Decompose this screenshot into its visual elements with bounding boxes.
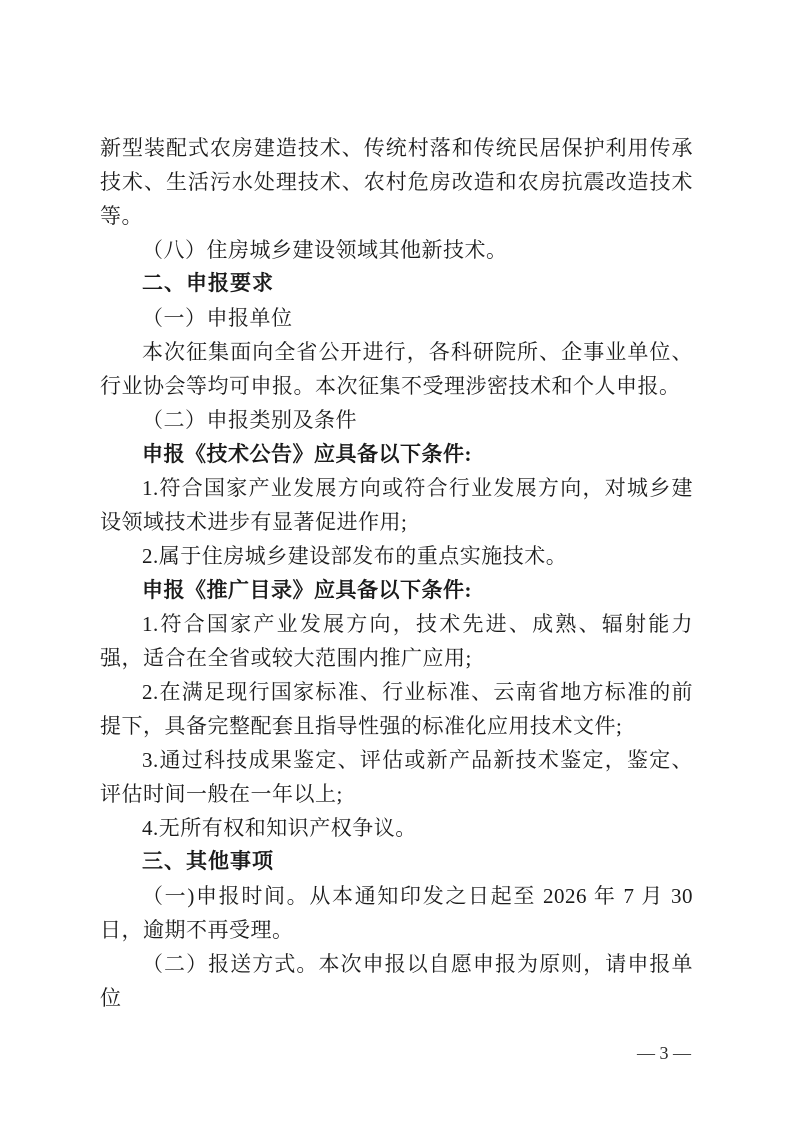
- para-announcement-condition-1: 1.符合国家产业发展方向或符合行业发展方向，对城乡建设领域技术进步有显著促进作用…: [100, 471, 693, 539]
- heading-promotion-catalog-conditions: 申报《推广目录》应具备以下条件:: [100, 573, 693, 607]
- para-submission-method: （二）报送方式。本次申报以自愿申报为原则，请申报单位: [100, 947, 693, 1015]
- heading-section-2-application-requirements: 二、申报要求: [100, 267, 693, 301]
- para-item-8-other-new-tech: （八）住房城乡建设领域其他新技术。: [100, 233, 693, 267]
- subheading-2-2-categories-and-conditions: （二）申报类别及条件: [100, 403, 693, 437]
- para-catalog-condition-4: 4.无所有权和知识产权争议。: [100, 811, 693, 845]
- para-catalog-condition-1: 1.符合国家产业发展方向，技术先进、成熟、辐射能力强，适合在全省或较大范围内推广…: [100, 607, 693, 675]
- page-number: — 3 —: [637, 1042, 691, 1064]
- para-application-units-detail: 本次征集面向全省公开进行，各科研院所、企事业单位、行业协会等均可申报。本次征集不…: [100, 335, 693, 403]
- para-catalog-condition-2: 2.在满足现行国家标准、行业标准、云南省地方标准的前提下，具备完整配套且指导性强…: [100, 675, 693, 743]
- para-announcement-condition-2: 2.属于住房城乡建设部发布的重点实施技术。: [100, 539, 693, 573]
- document-page: 新型装配式农房建造技术、传统村落和传统民居保护利用传承技术、生活污水处理技术、农…: [0, 0, 793, 1122]
- document-body: 新型装配式农房建造技术、传统村落和传统民居保护利用传承技术、生活污水处理技术、农…: [100, 131, 693, 1015]
- para-catalog-condition-3: 3.通过科技成果鉴定、评估或新产品新技术鉴定，鉴定、评估时间一般在一年以上;: [100, 743, 693, 811]
- heading-tech-announcement-conditions: 申报《技术公告》应具备以下条件:: [100, 437, 693, 471]
- heading-section-3-other-matters: 三、其他事项: [100, 845, 693, 879]
- para-application-time: （一)申报时间。从本通知印发之日起至 2026 年 7 月 30 日，逾期不再受…: [100, 879, 693, 947]
- subheading-2-1-application-units: （一）申报单位: [100, 301, 693, 335]
- para-rural-housing-tech-list: 新型装配式农房建造技术、传统村落和传统民居保护利用传承技术、生活污水处理技术、农…: [100, 131, 693, 233]
